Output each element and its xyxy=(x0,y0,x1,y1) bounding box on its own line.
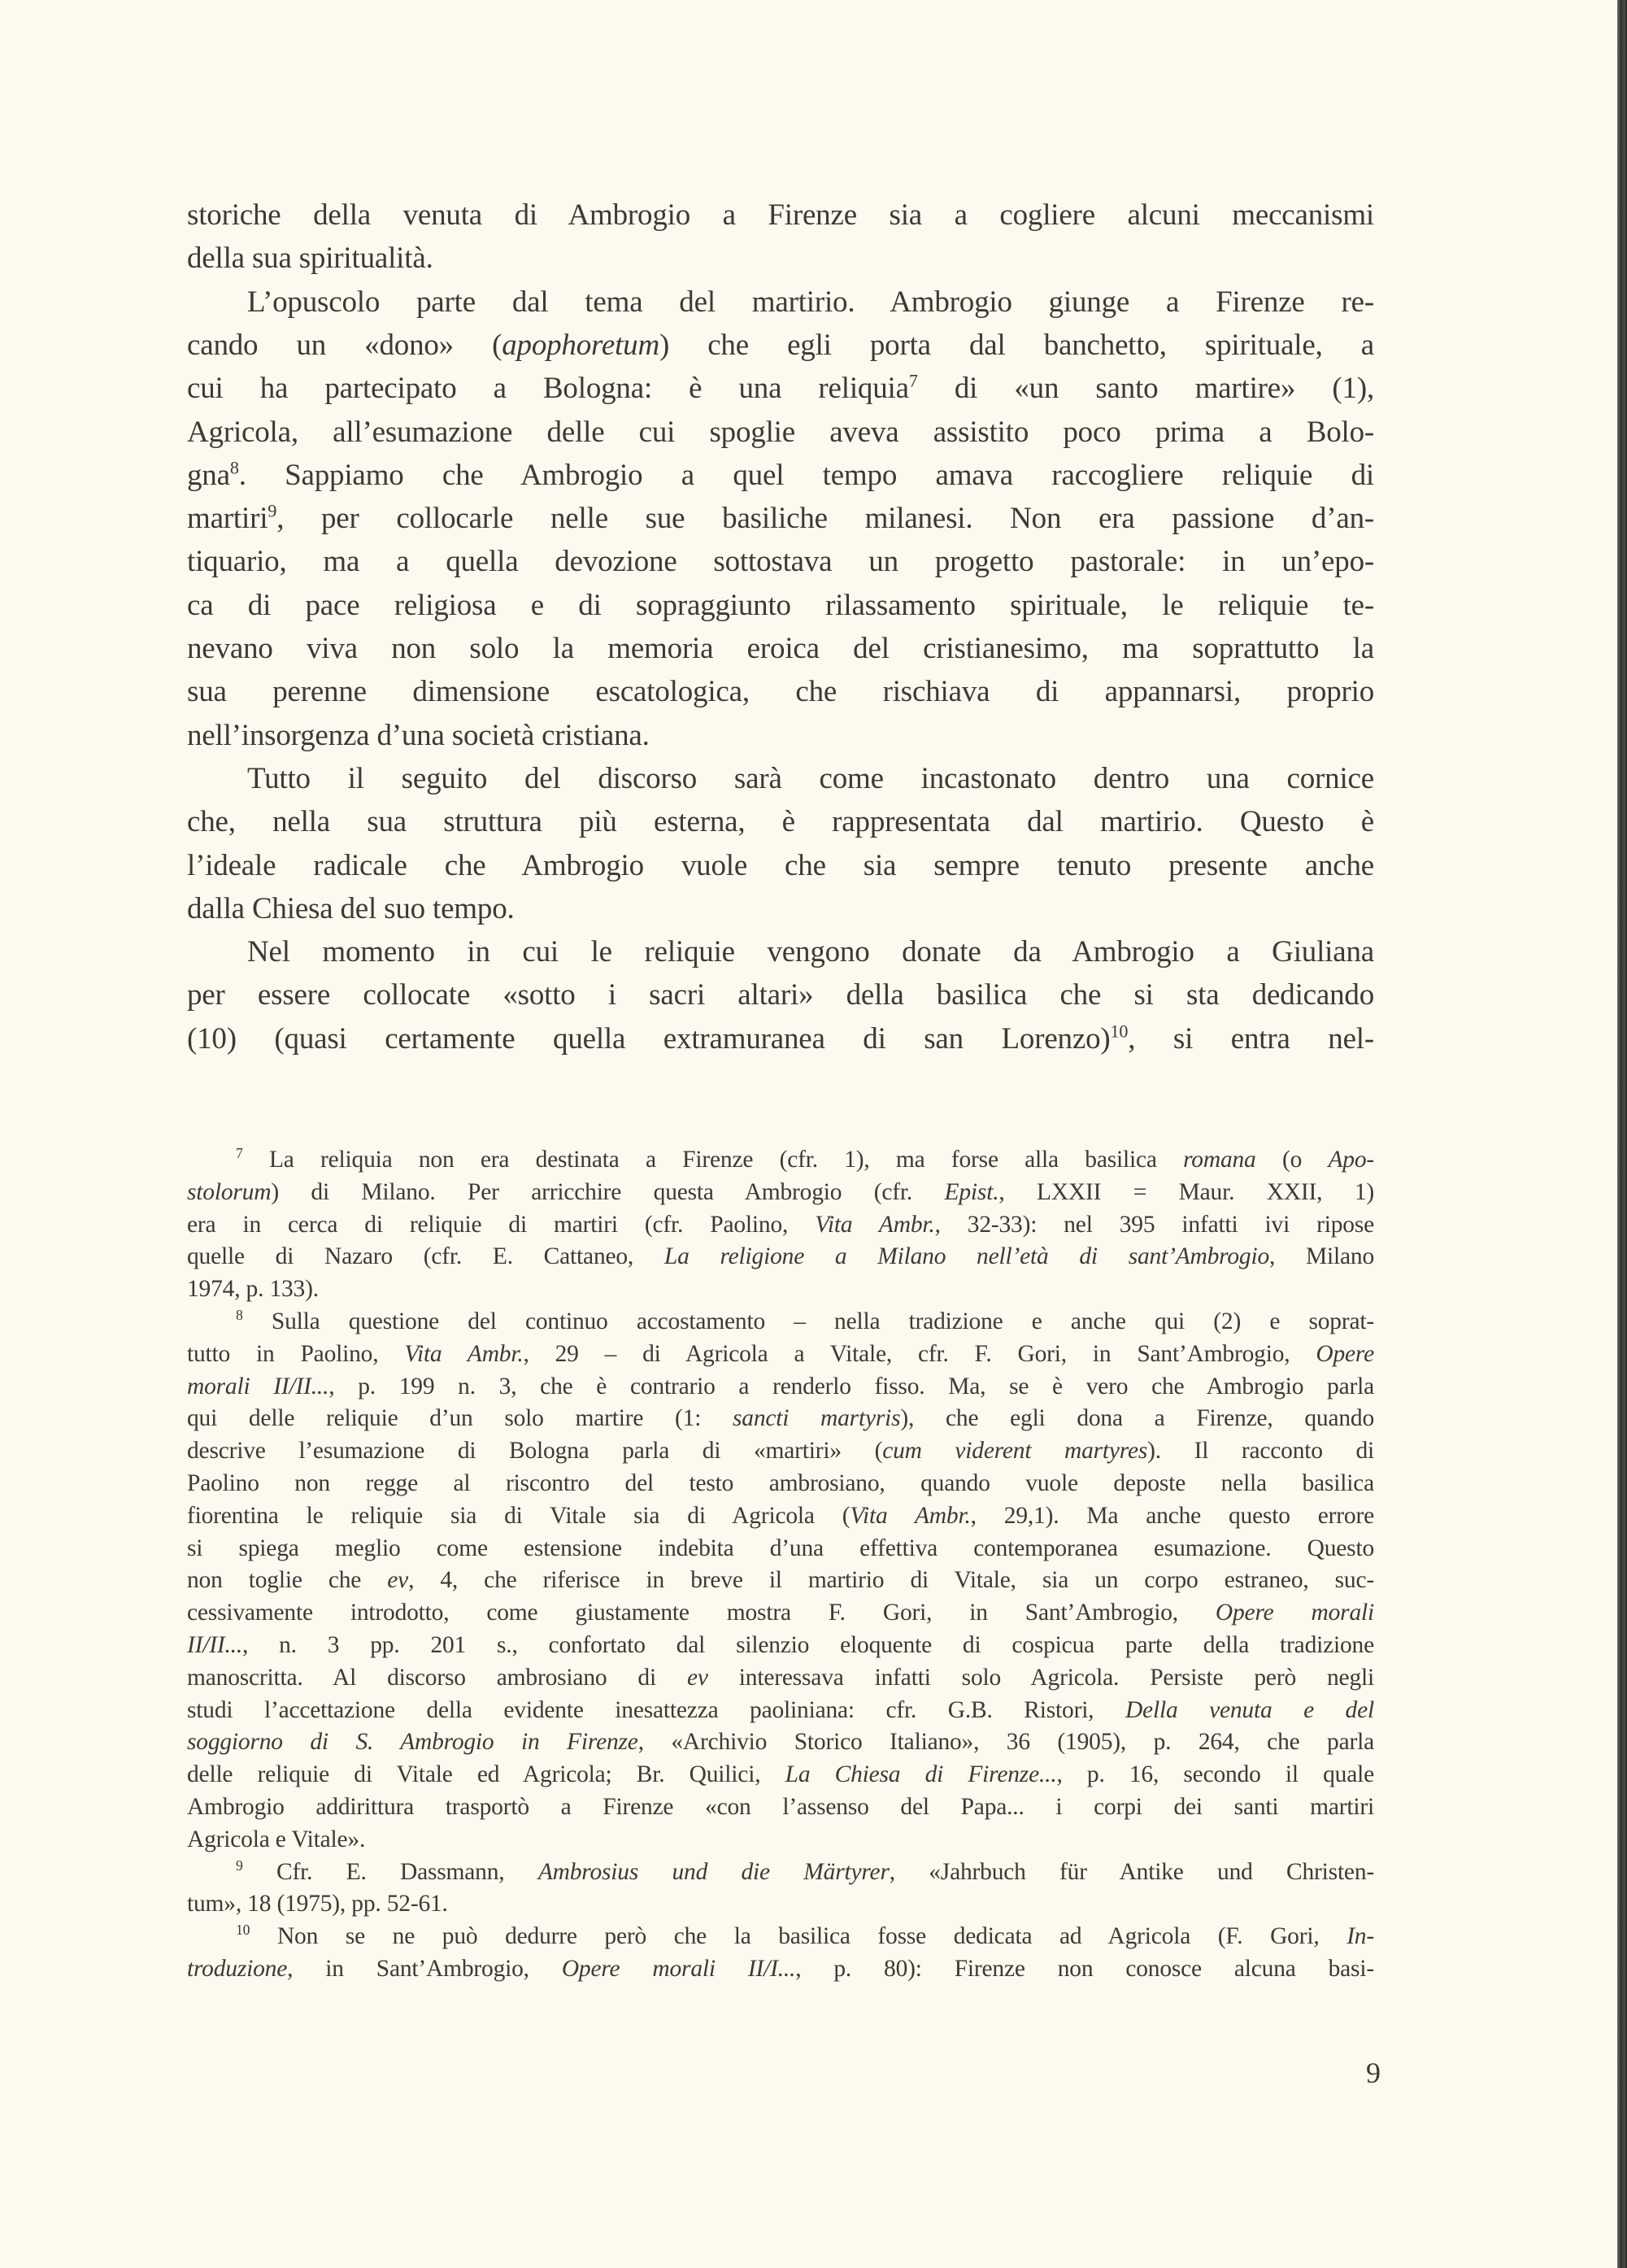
text: Sulla questione del continuo accostament… xyxy=(243,1308,1374,1334)
main-line: Tutto il seguito del discorso sarà come … xyxy=(187,764,1374,794)
text: ) di Milano. Per arricchire questa Ambro… xyxy=(271,1179,944,1205)
text: Tutto il seguito del discorso sarà come … xyxy=(247,762,1374,795)
footnote-line: non toglie che ev, 4, che riferisce in b… xyxy=(187,1569,1374,1593)
italic-text: stolorum xyxy=(187,1179,271,1205)
main-line: dalla Chiesa del suo tempo. xyxy=(187,894,1374,924)
italic-text: Opere xyxy=(1316,1341,1374,1367)
text: cando un «dono» ( xyxy=(187,329,502,362)
italic-text: ev xyxy=(687,1665,708,1691)
footnote-line: morali II/II..., p. 199 n. 3, che è cont… xyxy=(187,1375,1374,1400)
text: Non se ne può dedurre però che la basili… xyxy=(250,1923,1346,1949)
footnote-marker: 7 xyxy=(236,1145,243,1161)
italic-text: La religione a Milano nell’età di sant’A… xyxy=(664,1243,1269,1269)
main-line: della sua spiritualità. xyxy=(187,243,1374,273)
text: , 32-33): nel 395 infatti ivi ripose xyxy=(935,1212,1374,1238)
text: manoscritta. Al discorso ambrosiano di xyxy=(187,1665,687,1691)
footnote-line: 1974, p. 133). xyxy=(187,1278,1374,1302)
footnote-line: Paolino non regge al riscontro del testo… xyxy=(187,1472,1374,1496)
italic-text: apophoretum xyxy=(502,329,659,362)
text: Ambrogio addirittura trasportò a Firenze… xyxy=(187,1794,1374,1820)
main-line: per essere collocate «sotto i sacri alta… xyxy=(187,980,1374,1010)
main-line: nevano viva non solo la memoria eroica d… xyxy=(187,633,1374,664)
text: l’ideale radicale che Ambrogio vuole che… xyxy=(187,849,1374,882)
main-line: martiri9, per collocarle nelle sue basil… xyxy=(187,503,1374,533)
main-line: cando un «dono» (apophoretum) che egli p… xyxy=(187,330,1374,360)
main-line: sua perenne dimensione escatologica, che… xyxy=(187,677,1374,707)
text: tutto in Paolino, xyxy=(187,1341,404,1367)
italic-text: II/II... xyxy=(273,1373,328,1400)
text: studi l’accettazione della evidente ines… xyxy=(187,1697,1125,1723)
footnote-line: manoscritta. Al discorso ambrosiano di e… xyxy=(187,1666,1374,1691)
italic-text: Della venuta e del xyxy=(1125,1697,1374,1723)
footnote-marker: 8 xyxy=(230,457,239,477)
footnote-line: quelle di Nazaro (cfr. E. Cattaneo, La r… xyxy=(187,1245,1374,1269)
footnote-line: fiorentina le reliquie sia di Vitale sia… xyxy=(187,1504,1374,1529)
italic-text: Opere morali II/I... xyxy=(562,1956,795,1982)
footnote-line: studi l’accettazione della evidente ines… xyxy=(187,1699,1374,1723)
footnote-marker: 10 xyxy=(1111,1021,1129,1041)
main-line: storiche della venuta di Ambrogio a Fire… xyxy=(187,200,1374,230)
text: ) che egli porta dal banchetto, spiritua… xyxy=(659,329,1374,362)
italic-text: troduzione xyxy=(187,1956,287,1982)
text xyxy=(250,1373,273,1400)
italic-text: Apo- xyxy=(1328,1147,1374,1173)
text: era in cerca di reliquie di martiri (cfr… xyxy=(187,1212,815,1238)
text: , «Archivio Storico Italiano», 36 (1905)… xyxy=(638,1729,1374,1755)
footnote-line: 7 La reliquia non era destinata a Firenz… xyxy=(187,1148,1374,1173)
footnote-line: stolorum) di Milano. Per arricchire ques… xyxy=(187,1181,1374,1205)
text: si spiega meglio come estensione indebit… xyxy=(187,1535,1374,1561)
italic-text: Vita Ambr. xyxy=(815,1212,934,1238)
text: ). Il racconto di xyxy=(1147,1438,1374,1464)
main-line: cui ha partecipato a Bologna: è una reli… xyxy=(187,373,1374,403)
footnote-line: 8 Sulla questione del continuo accostame… xyxy=(187,1310,1374,1334)
text: , 4, che riferisce in breve il martirio … xyxy=(408,1567,1374,1593)
italic-text: sancti martyris xyxy=(733,1405,900,1431)
italic-text: ev xyxy=(387,1567,408,1593)
text: (10) (quasi certamente quella extramuran… xyxy=(187,1022,1111,1056)
footnote-line: Agricola e Vitale». xyxy=(187,1828,1374,1852)
text: tiquario, ma a quella devozione sottosta… xyxy=(187,545,1374,578)
italic-text: Epist. xyxy=(945,1179,999,1205)
main-line: che, nella sua struttura più esterna, è … xyxy=(187,807,1374,837)
main-line: tiquario, ma a quella devozione sottosta… xyxy=(187,546,1374,577)
text: , per collocarle nelle sue basiliche mil… xyxy=(276,502,1374,535)
text: cessivamente introdotto, come giustament… xyxy=(187,1600,1216,1626)
footnote-marker: 10 xyxy=(236,1922,250,1938)
footnote-marker: 9 xyxy=(236,1857,243,1874)
footnote-line: era in cerca di reliquie di martiri (cfr… xyxy=(187,1213,1374,1238)
text: interessava infatti solo Agricola. Persi… xyxy=(708,1665,1374,1691)
text: descrive l’esumazione di Bologna parla d… xyxy=(187,1438,882,1464)
italic-text: Vita Ambr. xyxy=(404,1341,523,1367)
text: . Sappiamo che Ambrogio a quel tempo ama… xyxy=(239,459,1374,492)
text: dalla Chiesa del suo tempo. xyxy=(187,892,515,925)
italic-text: II/II... xyxy=(187,1632,242,1658)
text: Paolino non regge al riscontro del testo… xyxy=(187,1470,1374,1496)
scan-edge-border xyxy=(1617,0,1627,2268)
main-line: l’ideale radicale che Ambrogio vuole che… xyxy=(187,851,1374,881)
text: non toglie che xyxy=(187,1567,387,1593)
main-line: L’opuscolo parte dal tema del martirio. … xyxy=(187,287,1374,317)
text: Cfr. E. Dassmann, xyxy=(243,1859,538,1885)
italic-text: cum viderent martyres xyxy=(882,1438,1147,1464)
footnote-marker: 9 xyxy=(268,500,276,520)
text: , p. 16, secondo il quale xyxy=(1057,1761,1375,1787)
footnote-line: tum», 18 (1975), pp. 52-61. xyxy=(187,1892,1374,1917)
footnote-line: 9 Cfr. E. Dassmann, Ambrosius und die Mä… xyxy=(187,1861,1374,1885)
footnote-line: cessivamente introdotto, come giustament… xyxy=(187,1601,1374,1626)
italic-text: morali xyxy=(187,1373,250,1400)
text: , 29,1). Ma anche questo errore xyxy=(971,1503,1374,1529)
text: di «un santo martire» (1), xyxy=(918,372,1374,405)
text: tum», 18 (1975), pp. 52-61. xyxy=(187,1891,448,1917)
page-number: 9 xyxy=(1366,2056,1381,2090)
text: , p. 199 n. 3, che è contrario a renderl… xyxy=(328,1373,1374,1400)
footnote-line: delle reliquie di Vitale ed Agricola; Br… xyxy=(187,1763,1374,1787)
text: La reliquia non era destinata a Firenze … xyxy=(243,1147,1183,1173)
text: ), che egli dona a Firenze, quando xyxy=(900,1405,1374,1431)
footnote-marker: 7 xyxy=(909,370,918,390)
text: (o xyxy=(1256,1147,1329,1173)
italic-text: romana xyxy=(1183,1147,1256,1173)
text: martiri xyxy=(187,502,268,535)
main-line: gna8. Sappiamo che Ambrogio a quel tempo… xyxy=(187,460,1374,490)
text: , 29 – di Agricola a Vitale, cfr. F. Gor… xyxy=(524,1341,1316,1367)
text: , p. 80): Firenze non conosce alcuna bas… xyxy=(795,1956,1374,1982)
text: , in Sant’Ambrogio, xyxy=(287,1956,562,1982)
text: delle reliquie di Vitale ed Agricola; Br… xyxy=(187,1761,785,1787)
main-line: Nel momento in cui le reliquie vengono d… xyxy=(187,937,1374,967)
footnote-line: descrive l’esumazione di Bologna parla d… xyxy=(187,1439,1374,1464)
text: Agricola e Vitale». xyxy=(187,1826,365,1852)
text: quelle di Nazaro (cfr. E. Cattaneo, xyxy=(187,1243,664,1269)
text: , LXXII = Maur. XXII, 1) xyxy=(998,1179,1374,1205)
text: , «Jahrbuch für Antike und Christen- xyxy=(890,1859,1374,1885)
footnote-line: Ambrogio addirittura trasportò a Firenze… xyxy=(187,1796,1374,1820)
text: , si entra nel- xyxy=(1128,1022,1374,1056)
text: storiche della venuta di Ambrogio a Fire… xyxy=(187,198,1374,232)
text: Agricola, all’esumazione delle cui spogl… xyxy=(187,416,1374,449)
text: della sua spiritualità. xyxy=(187,242,433,275)
footnote-line: si spiega meglio come estensione indebit… xyxy=(187,1537,1374,1561)
italic-text: In- xyxy=(1346,1923,1374,1949)
text: 1974, p. 133). xyxy=(187,1276,319,1302)
footnote-line: troduzione, in Sant’Ambrogio, Opere mora… xyxy=(187,1957,1374,1982)
text: Nel momento in cui le reliquie vengono d… xyxy=(247,935,1374,969)
footnote-line: 10 Non se ne può dedurre però che la bas… xyxy=(187,1925,1374,1949)
italic-text: Opere morali xyxy=(1216,1600,1374,1626)
footnote-line: qui delle reliquie d’un solo martire (1:… xyxy=(187,1407,1374,1431)
italic-text: La Chiesa di Firenze... xyxy=(785,1761,1057,1787)
text: sua perenne dimensione escatologica, che… xyxy=(187,675,1374,708)
text: , Milano xyxy=(1269,1243,1374,1269)
text: fiorentina le reliquie sia di Vitale sia… xyxy=(187,1503,850,1529)
main-line: ca di pace religiosa e di sopraggiunto r… xyxy=(187,590,1374,620)
text: , n. 3 pp. 201 s., confortato dal silenz… xyxy=(242,1632,1374,1658)
text: cui ha partecipato a Bologna: è una reli… xyxy=(187,372,909,405)
text: gna xyxy=(187,459,230,492)
italic-text: Ambrosius und die Märtyrer xyxy=(538,1859,890,1885)
text: che, nella sua struttura più esterna, è … xyxy=(187,805,1374,838)
main-line: nell’insorgenza d’una società cristiana. xyxy=(187,720,1374,751)
main-line: (10) (quasi certamente quella extramuran… xyxy=(187,1024,1374,1054)
footnote-line: soggiorno di S. Ambrogio in Firenze, «Ar… xyxy=(187,1730,1374,1755)
footnote-marker: 8 xyxy=(236,1307,243,1323)
text: qui delle reliquie d’un solo martire (1: xyxy=(187,1405,733,1431)
text: nell’insorgenza d’una società cristiana. xyxy=(187,719,650,752)
text: ca di pace religiosa e di sopraggiunto r… xyxy=(187,589,1374,622)
text: nevano viva non solo la memoria eroica d… xyxy=(187,632,1374,665)
italic-text: Vita Ambr. xyxy=(850,1503,970,1529)
main-line: Agricola, all’esumazione delle cui spogl… xyxy=(187,417,1374,447)
footnote-line: tutto in Paolino, Vita Ambr., 29 – di Ag… xyxy=(187,1343,1374,1367)
text: per essere collocate «sotto i sacri alta… xyxy=(187,978,1374,1012)
italic-text: soggiorno di S. Ambrogio in Firenze xyxy=(187,1729,638,1755)
text: L’opuscolo parte dal tema del martirio. … xyxy=(247,285,1374,319)
footnote-line: II/II..., n. 3 pp. 201 s., confortato da… xyxy=(187,1634,1374,1658)
